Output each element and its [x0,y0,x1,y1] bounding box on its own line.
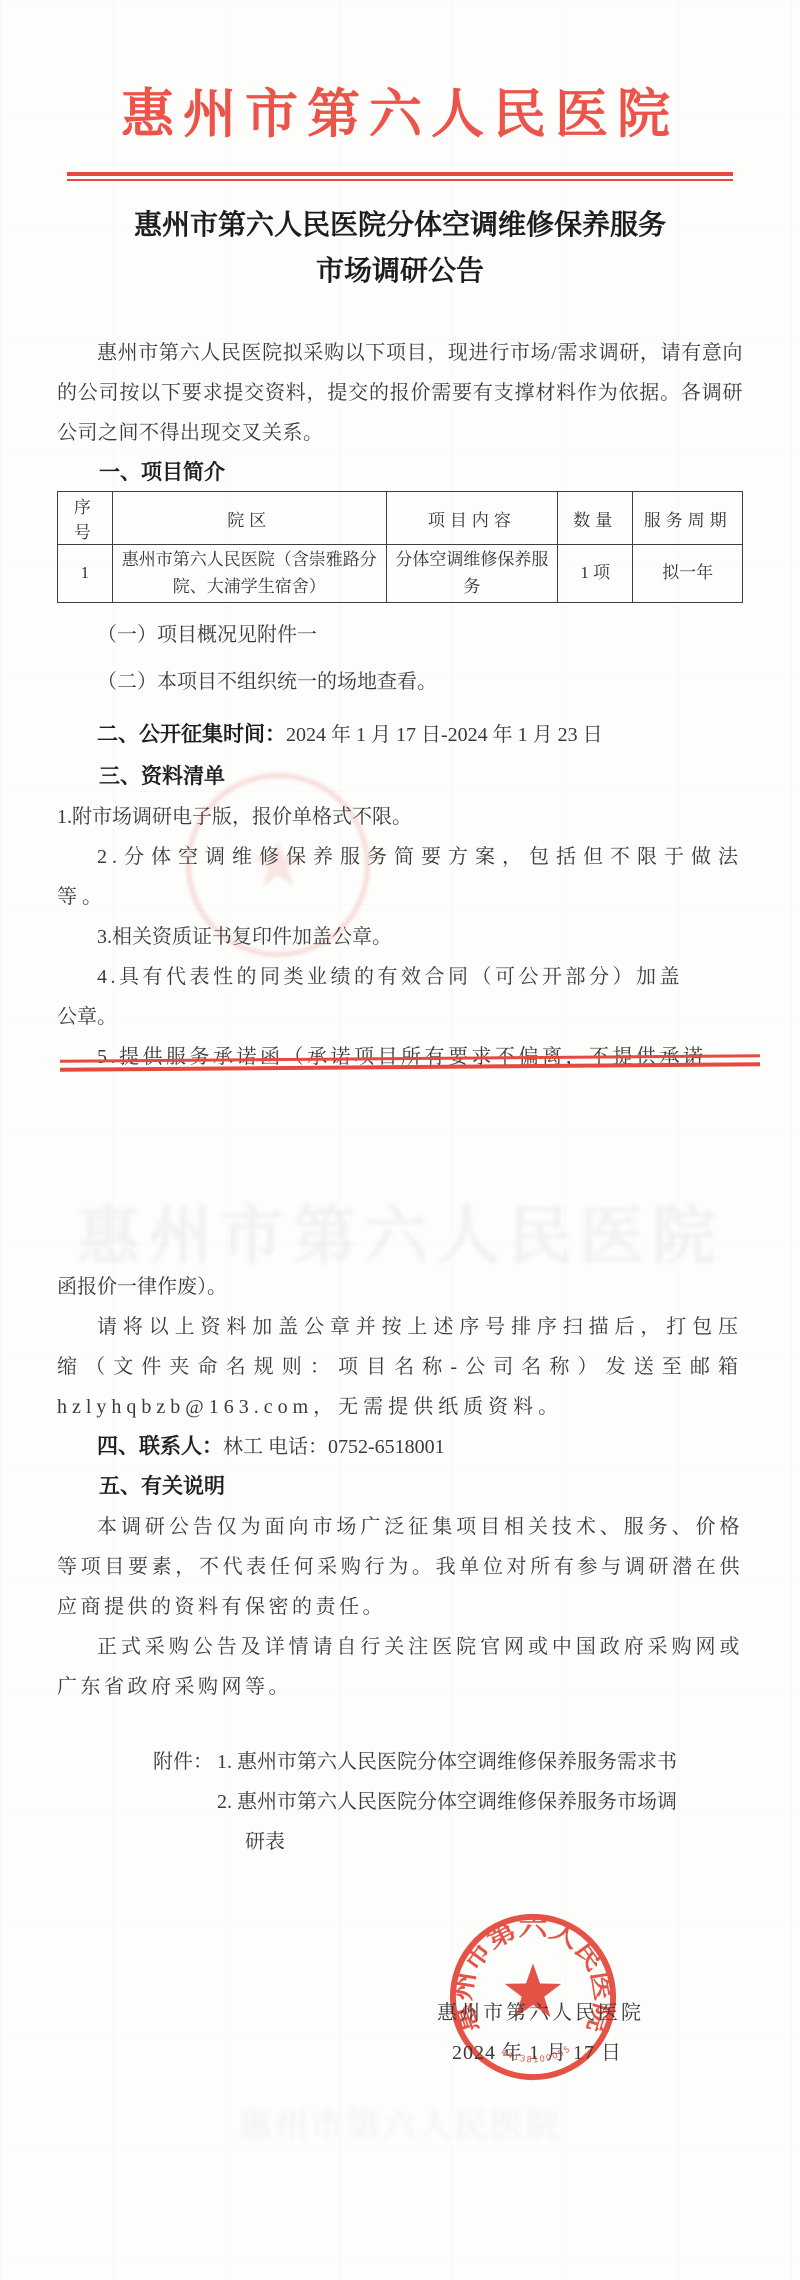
section-2-line: 二、公开征集时间：2024 年 1 月 17 日-2024 年 1 月 23 日 [57,715,743,755]
scanned-document-page: { "letterhead": { "hospital_name": "惠州市第… [0,0,800,2280]
section-5-heading: 五、有关说明 [57,1467,743,1507]
list-item-3: 3.相关资质证书复印件加盖公章。 [57,917,743,957]
list-item-5-continuation: 函报价一律作废）。 [57,1267,743,1307]
bleed-through-watermark: 惠州市第六人民医院 [0,1185,800,1277]
table-header-no: 序号 [58,492,113,545]
section-1-heading: 一、项目简介 [57,455,743,491]
signature-area: 惠州市第六人民医院 4413810005568 惠州市第六人民医院 2024 年… [415,1905,695,2155]
statement-paragraph-2: 正式采购公告及详情请自行关注医院官网或中国政府采购网或广东省政府采购网等。 [57,1627,743,1707]
table-header-campus: 院区 [112,492,386,545]
table-cell-campus: 惠州市第六人民医院（含崇雅路分院、大浦学生宿舍） [112,545,386,603]
header-rule-thin [67,179,733,181]
section-3-heading: 三、资料清单 [57,759,743,795]
table-row: 1 惠州市第六人民医院（含崇雅路分院、大浦学生宿舍） 分体空调维修保养服务 1 … [58,545,743,603]
table-cell-no: 1 [58,545,113,603]
list-item-4-line2: 公章。 [57,997,743,1037]
attachment-item-2: 2. 惠州市第六人民医院分体空调维修保养服务市场调研表 [217,1782,682,1862]
header-double-rule [67,172,733,181]
table-cell-content: 分体空调维修保养服务 [386,545,557,603]
signature-date: 2024 年 1 月 17 日 [452,2036,622,2065]
attachments-list: 1. 惠州市第六人民医院分体空调维修保养服务需求书 2. 惠州市第六人民医院分体… [217,1742,682,1862]
section-2-label: 二、公开征集时间： [97,723,286,746]
table-header-row: 序号 院区 项目内容 数量 服务周期 [58,492,743,545]
attachments-label: 附件： [153,1742,217,1862]
note-2: （二）本项目不组织统一的场地查看。 [57,662,743,702]
section-2-value: 2024 年 1 月 17 日-2024 年 1 月 23 日 [286,724,603,746]
table-cell-period: 拟一年 [633,545,743,603]
note-1: （一）项目概况见附件一 [57,615,743,655]
statement-paragraph-1: 本调研公告仅为面向市场广泛征集项目相关技术、服务、价格等项目要素，不代表任何采购… [57,1507,743,1627]
list-item-2: 2.分体空调维修保养服务简要方案，包括但不限于做法等。 [57,837,743,917]
page-1: 惠州市第六人民医院 惠州市第六人民医院分体空调维修保养服务 市场调研公告 惠州市… [57,0,743,1077]
mail-instructions-paragraph: 请将以上资料加盖公章并按上述序号排序扫描后，打包压缩（文件夹命名规则：项目名称-… [57,1307,743,1427]
list-item-1: 1.附市场调研电子版，报价单格式不限。 [57,797,743,837]
letterhead-title: 惠州市第六人民医院 [57,86,743,144]
section-4-value: 林工 电话：0752-6518001 [223,1436,445,1458]
page-2: 函报价一律作废）。 请将以上资料加盖公章并按上述序号排序扫描后，打包压缩（文件夹… [57,1267,743,1862]
project-table: 序号 院区 项目内容 数量 服务周期 1 惠州市第六人民医院（含崇雅路分院、大浦… [57,491,743,603]
document-title-line2: 市场调研公告 [57,249,743,295]
table-header-period: 服务周期 [633,492,743,545]
section-4-line: 四、联系人：林工 电话：0752-6518001 [57,1427,743,1467]
table-header-content: 项目内容 [386,492,557,545]
document-title-line1: 惠州市第六人民医院分体空调维修保养服务 [57,203,743,249]
table-header-qty: 数量 [558,492,633,545]
attachment-item-1: 1. 惠州市第六人民医院分体空调维修保养服务需求书 [217,1742,682,1782]
list-item-4-line1: 4.具有代表性的同类业绩的有效合同（可公开部分）加盖 [57,957,743,997]
document-title: 惠州市第六人民医院分体空调维修保养服务 市场调研公告 [57,203,743,295]
table-cell-qty: 1 项 [558,545,633,603]
section-4-label: 四、联系人： [97,1435,223,1458]
intro-paragraph: 惠州市第六人民医院拟采购以下项目，现进行市场/需求调研，请有意向的公司按以下要求… [57,333,743,453]
signature-org: 惠州市第六人民医院 [437,1996,644,2025]
attachments-block: 附件： 1. 惠州市第六人民医院分体空调维修保养服务需求书 2. 惠州市第六人民… [153,1742,743,1862]
